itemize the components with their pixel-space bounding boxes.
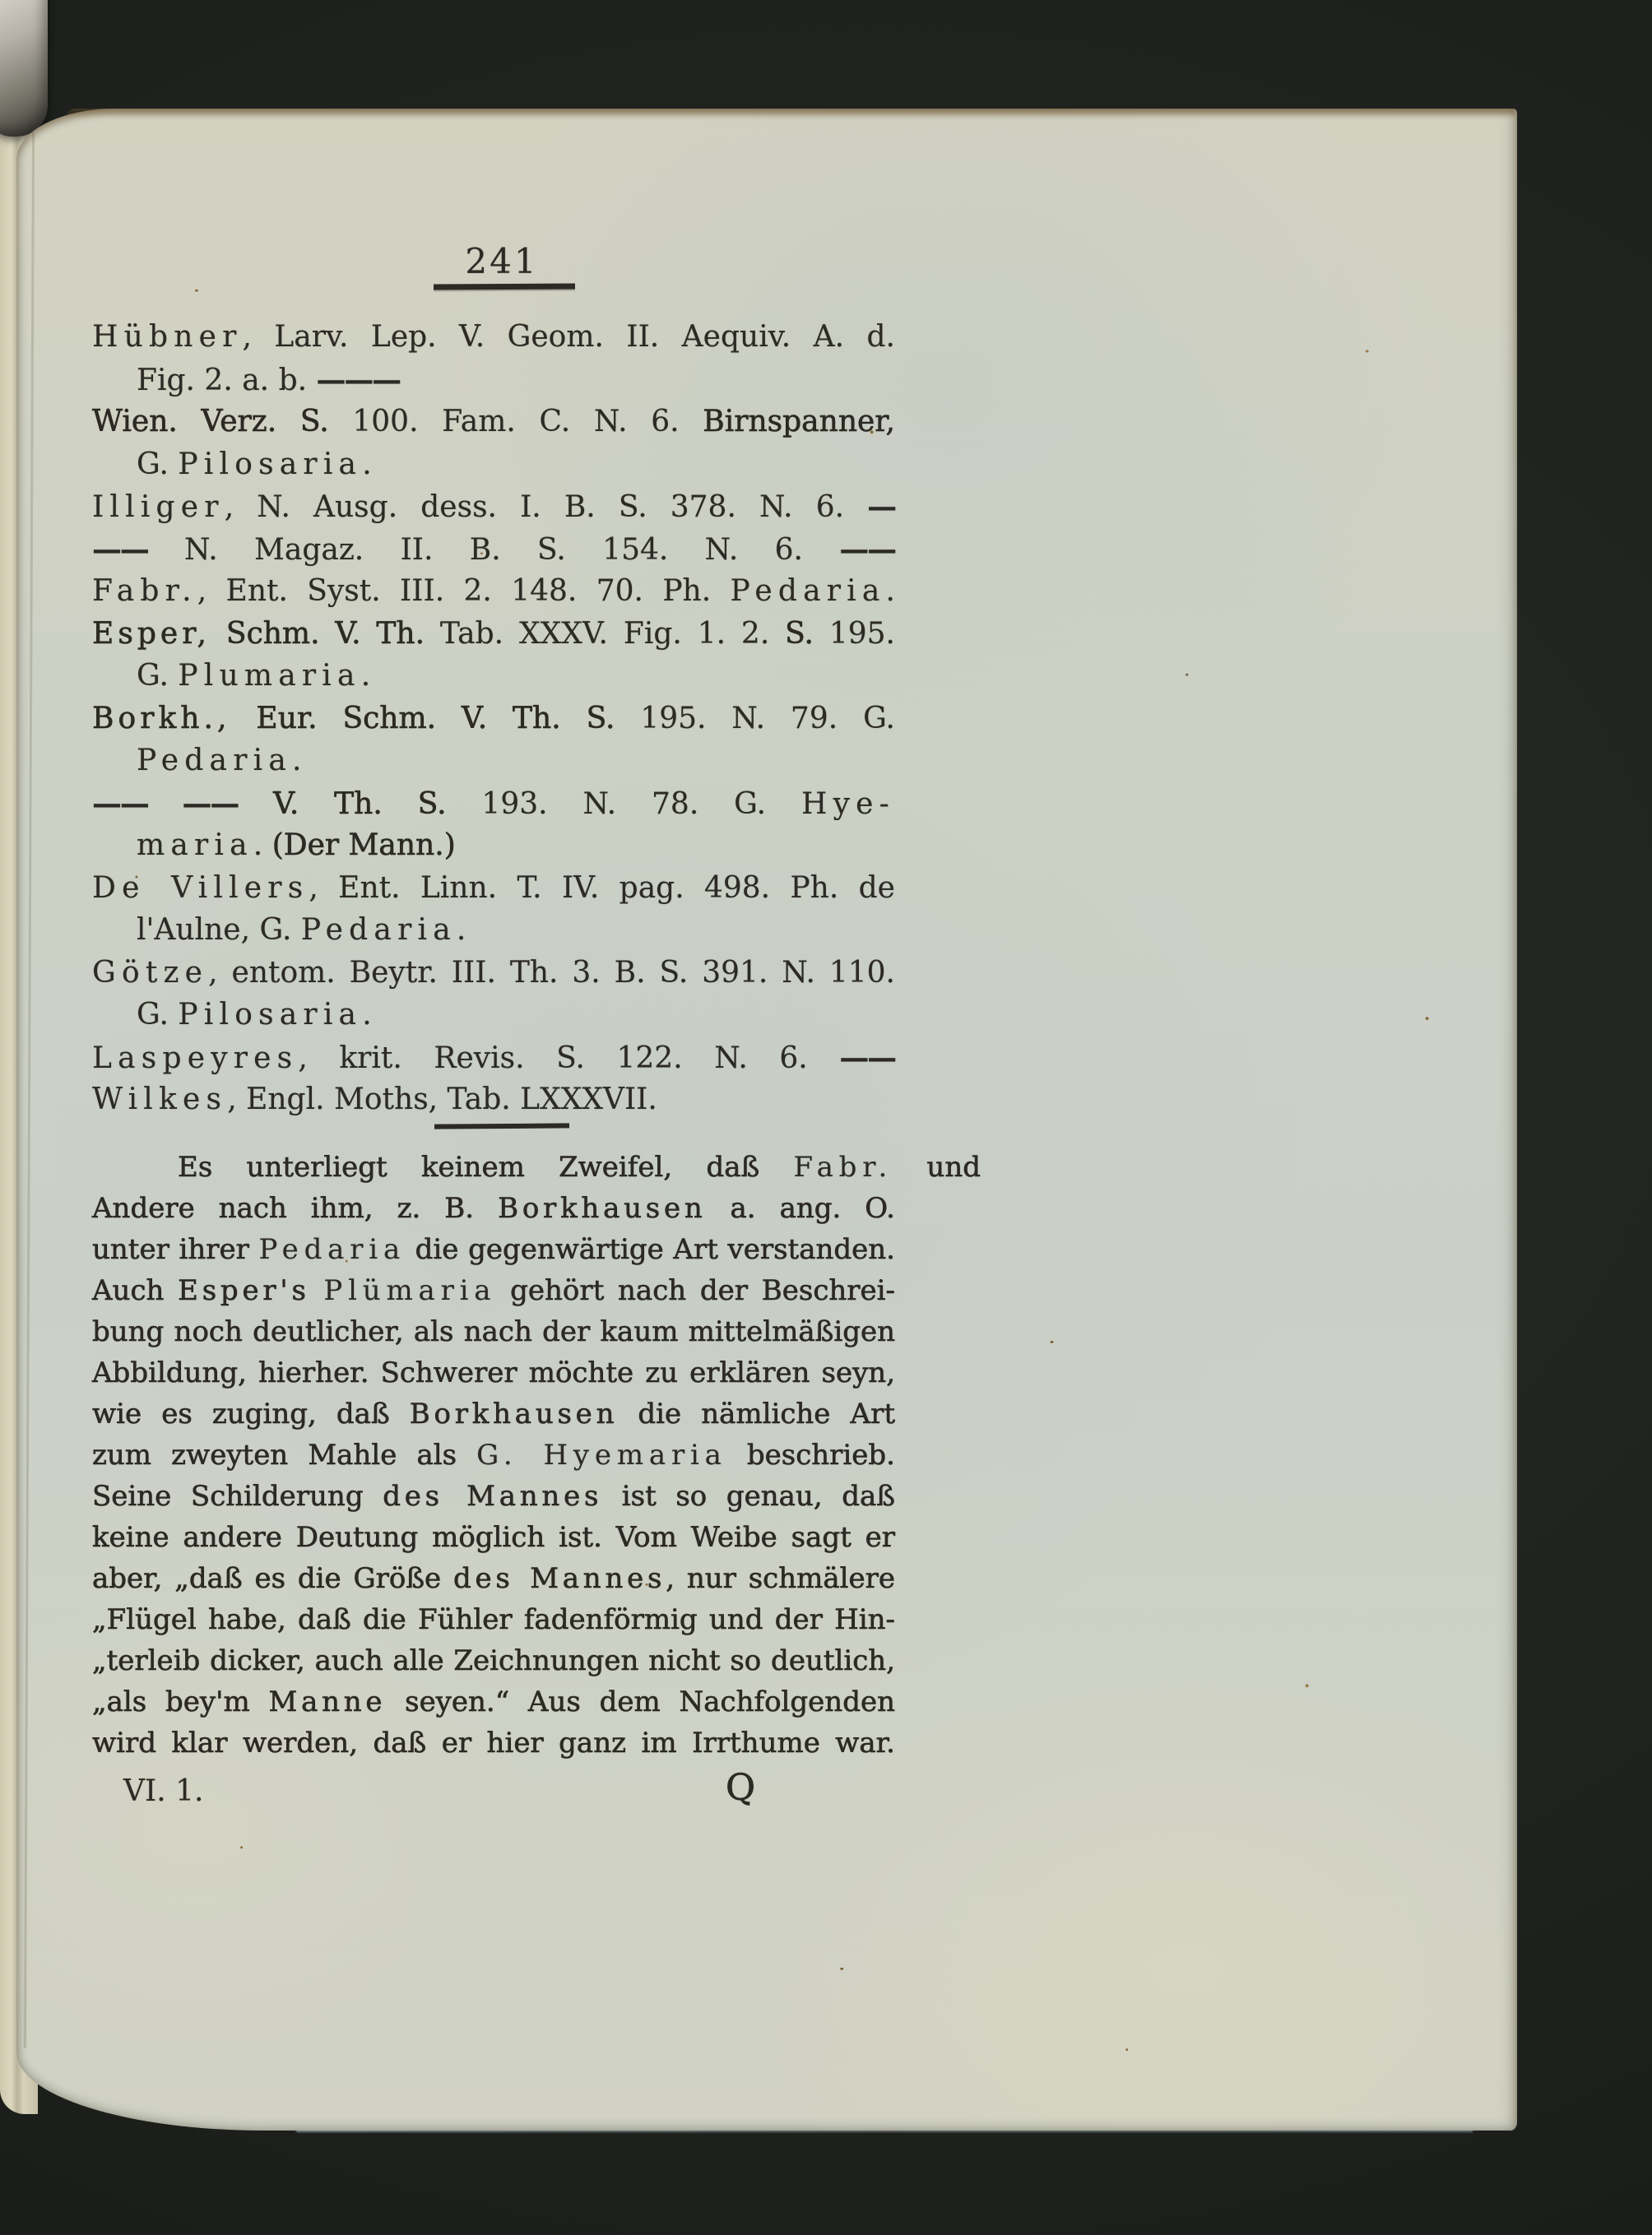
reference-line: Fabr., Ent. Syst. III. 2. 148. 70. Ph. P… <box>92 570 895 613</box>
text-segment <box>238 787 273 821</box>
text-segment: Plümaria <box>323 1274 496 1307</box>
text-segment: G. <box>137 447 178 481</box>
reference-line: Hübner, Larv. Lep. V. Geom. II. Aequiv. … <box>92 316 895 359</box>
paragraph-line: Abbildung, hierher. Schwerer möchte zu e… <box>92 1352 895 1393</box>
text-segment: — <box>867 489 895 524</box>
text-segment: keine andere Deutung möglich ist. Vom We… <box>92 1521 895 1554</box>
text-segment: , Ent. Syst. III. 2. 148. 70. Ph. <box>197 574 731 608</box>
reference-line: maria. (Der Mann.) <box>92 824 940 867</box>
page-number: 241 <box>428 240 576 283</box>
text-segment: —— —— <box>92 786 238 821</box>
paragraph-line: Andere nach ihm, z. B. Borkhausen a. ang… <box>92 1188 895 1229</box>
paragraph-line: unter ihrer Pedaria die gegenwärtige Art… <box>92 1229 895 1270</box>
page-number-underline <box>434 284 575 290</box>
text-segment: Esper, <box>92 617 211 651</box>
text-segment: des Mannes <box>383 1480 602 1513</box>
text-segment: Fabr. <box>794 1151 893 1184</box>
text-segment: , krit. Revis. S. 122. N. 6. <box>298 1041 839 1075</box>
paragraph-line: Auch Esper's Plümaria gehört nach der Be… <box>92 1270 895 1311</box>
reference-line: G. Pilosaria. <box>92 994 940 1036</box>
text-segment: , Ent. Linn. T. IV. pag. 498. Ph. de <box>309 871 895 905</box>
reference-line: Pedaria. <box>92 740 940 782</box>
text-segment: bung noch deutlicher, als nach der kaum … <box>92 1315 895 1348</box>
text-segment: „terleib dicker, auch alle Zeichnungen n… <box>92 1644 895 1677</box>
text-segment: 195. <box>829 617 895 651</box>
text-segment: die nämliche Art <box>618 1398 895 1430</box>
text-segment: Hye- <box>801 787 895 821</box>
text-segment: die gegenwärtige Art verstanden. <box>406 1233 895 1266</box>
text-segment: a. ang. O. <box>707 1192 895 1225</box>
text-segment: , Engl. Moths, Tab. LXXXVII. <box>227 1083 657 1116</box>
text-segment: und <box>893 1151 981 1184</box>
text-segment: wie es zuging, daß <box>92 1398 410 1430</box>
text-segment: Borkhausen <box>410 1398 618 1430</box>
reference-line: Illiger, N. Ausg. dess. I. B. S. 378. N.… <box>92 485 895 528</box>
text-segment: unter ihrer <box>92 1233 259 1266</box>
text-segment: Manne <box>269 1686 387 1718</box>
text-segment: aber, „daß es die Größe <box>92 1562 453 1595</box>
reference-line: Wilkes, Engl. Moths, Tab. LXXXVII. <box>92 1078 895 1121</box>
text-segment: . <box>457 913 466 947</box>
reference-line: G. Plumaria. <box>92 655 940 698</box>
text-segment: „Flügel habe, daß die Fühler fadenförmig… <box>92 1603 895 1636</box>
text-segment: Pedaria <box>259 1233 406 1266</box>
text-segment: wird klar werden, daß er hier ganz im Ir… <box>92 1727 895 1760</box>
text-segment: ist so genau, daß <box>602 1480 895 1513</box>
text-segment: Pilosaria <box>178 998 362 1032</box>
text-segment: G. <box>137 998 178 1032</box>
text-segment: Wilkes <box>92 1083 227 1116</box>
text-segment: Laspeyres <box>92 1041 298 1075</box>
paragraph-line: zum zweyten Mahle als G. Hyemaria beschr… <box>92 1435 895 1476</box>
text-segment: De Villers <box>92 871 309 905</box>
paragraph-line: wie es zuging, daß Borkhausen die nämlic… <box>92 1393 895 1435</box>
text-segment: . <box>362 447 371 481</box>
printed-text-layer: 241 Hübner, Larv. Lep. V. Geom. II. Aequ… <box>0 0 1652 2235</box>
paragraph-line: „Flügel habe, daß die Fühler fadenförmig… <box>92 1599 895 1640</box>
text-segment: Andere nach ihm, z. B. <box>92 1192 498 1225</box>
reference-line: Fig. 2. a. b. ——— <box>92 359 940 401</box>
reference-line: —— N. Magaz. II. B. S. 154. N. 6. —— <box>92 528 895 571</box>
paragraph-line: wird klar werden, daß er hier ganz im Ir… <box>92 1723 895 1764</box>
reference-line: —— —— V. Th. S. 193. N. 78. G. Hye- <box>92 782 895 825</box>
text-segment: seyen.“ Aus dem Nachfolgenden <box>386 1686 895 1718</box>
text-segment: Pilosaria <box>178 447 362 481</box>
paragraph-line: „terleib dicker, auch alle Zeichnungen n… <box>92 1640 895 1681</box>
reference-line: Götze, entom. Beytr. III. Th. 3. B. S. 3… <box>92 952 895 995</box>
text-segment: (Der Mann.) <box>272 828 456 862</box>
paragraph-line: Seine Schilderung des Mannes ist so gena… <box>92 1476 895 1517</box>
text-segment: ——— <box>317 363 401 397</box>
reference-line: Wien. Verz. S. 100. Fam. C. N. 6. Birnsp… <box>92 401 895 443</box>
text-segment: Tab. XXXV. Fig. 1. 2. <box>440 617 785 651</box>
text-segment: Birnspanner, <box>703 405 895 438</box>
text-segment: , N. Ausg. dess. I. B. S. 378. N. 6. <box>225 490 867 524</box>
text-segment: N. Magaz. II. B. S. 154. N. 6. <box>148 533 840 567</box>
paragraph-line: Es unterliegt keinem Zweifel, daß Fabr. … <box>92 1147 981 1188</box>
volume-signature: VI. 1. <box>123 1770 203 1813</box>
text-segment: Pedaria <box>731 574 886 608</box>
paragraph-line: bung noch deutlicher, als nach der kaum … <box>92 1311 895 1352</box>
text-segment: G. <box>137 659 178 693</box>
reference-line: Borkh., Eur. Schm. V. Th. S. 195. N. 79.… <box>92 698 895 740</box>
text-segment: Pedaria <box>137 744 292 777</box>
text-segment: Plumaria <box>178 659 360 693</box>
text-segment: beschrieb. <box>727 1439 895 1472</box>
text-segment: . <box>886 574 895 608</box>
text-segment: 100. Fam. C. N. 6. <box>352 405 703 438</box>
text-segment: Auch <box>92 1274 178 1307</box>
reference-line: De Villers, Ent. Linn. T. IV. pag. 498. … <box>92 867 895 910</box>
paragraph-line: „als bey'm Manne seyen.“ Aus dem Nachfol… <box>92 1681 895 1723</box>
text-segment: 193. N. 78. G. <box>481 787 801 821</box>
text-segment: Wien. Verz. S. <box>92 405 352 438</box>
text-segment: —— <box>839 532 895 567</box>
text-segment: Borkhausen <box>498 1192 706 1225</box>
text-segment: Schm. V. Th. <box>211 617 440 651</box>
text-segment: —— <box>839 1041 895 1075</box>
text-segment: . <box>253 828 272 862</box>
text-segment: . <box>292 744 301 777</box>
text-segment: Es unterliegt keinem Zweifel, daß <box>178 1151 794 1184</box>
text-segment: Hübner <box>92 320 243 354</box>
reference-line: G. Pilosaria. <box>92 443 940 486</box>
text-segment: 195. N. 79. G. <box>640 702 895 735</box>
text-segment: Esper's <box>178 1274 310 1307</box>
text-segment: , entom. Beytr. III. Th. 3. B. S. 391. N… <box>208 956 895 990</box>
text-segment: Illiger <box>92 490 225 524</box>
text-segment: Seine Schilderung <box>92 1480 383 1513</box>
reference-line: l'Aulne, G. Pedaria. <box>92 909 940 952</box>
text-segment: , nur schmälere <box>666 1562 895 1595</box>
text-segment: . <box>362 998 371 1032</box>
text-segment <box>310 1274 324 1307</box>
section-divider-rule <box>434 1123 569 1129</box>
reference-line: Esper, Schm. V. Th. Tab. XXXV. Fig. 1. 2… <box>92 613 895 656</box>
text-segment: V. Th. S. <box>273 787 481 821</box>
text-segment: gehört nach der Beschrei- <box>496 1274 895 1307</box>
paragraph-line: aber, „daß es die Größe des Mannes, nur … <box>92 1558 895 1599</box>
text-segment: Götze <box>92 956 208 990</box>
text-segment: zum zweyten Mahle als <box>92 1439 476 1472</box>
text-segment: l'Aulne, G. <box>137 913 301 947</box>
text-segment: , Larv. Lep. V. Geom. II. Aequiv. A. d. <box>243 320 895 354</box>
text-segment: „als bey'm <box>92 1686 269 1718</box>
text-segment: Pedaria <box>301 913 457 947</box>
text-segment: . <box>361 659 370 693</box>
reference-line: Laspeyres, krit. Revis. S. 122. N. 6. —— <box>92 1036 895 1079</box>
text-segment: maria <box>137 828 253 862</box>
sheet-signature-mark: Q <box>726 1765 755 1811</box>
paragraph-line: keine andere Deutung möglich ist. Vom We… <box>92 1517 895 1558</box>
text-segment: Eur. Schm. V. Th. S. <box>231 702 641 735</box>
text-segment: Fig. 2. a. b. <box>137 364 317 397</box>
text-segment: —— <box>92 532 148 567</box>
text-segment: des Mannes <box>453 1562 666 1595</box>
text-segment: Abbildung, hierher. Schwerer möchte zu e… <box>92 1356 895 1389</box>
text-segment: G. Hyemaria <box>476 1439 727 1472</box>
text-segment: Borkh., <box>92 702 231 735</box>
text-segment: S. <box>785 617 829 651</box>
text-segment: Fabr. <box>92 574 197 608</box>
